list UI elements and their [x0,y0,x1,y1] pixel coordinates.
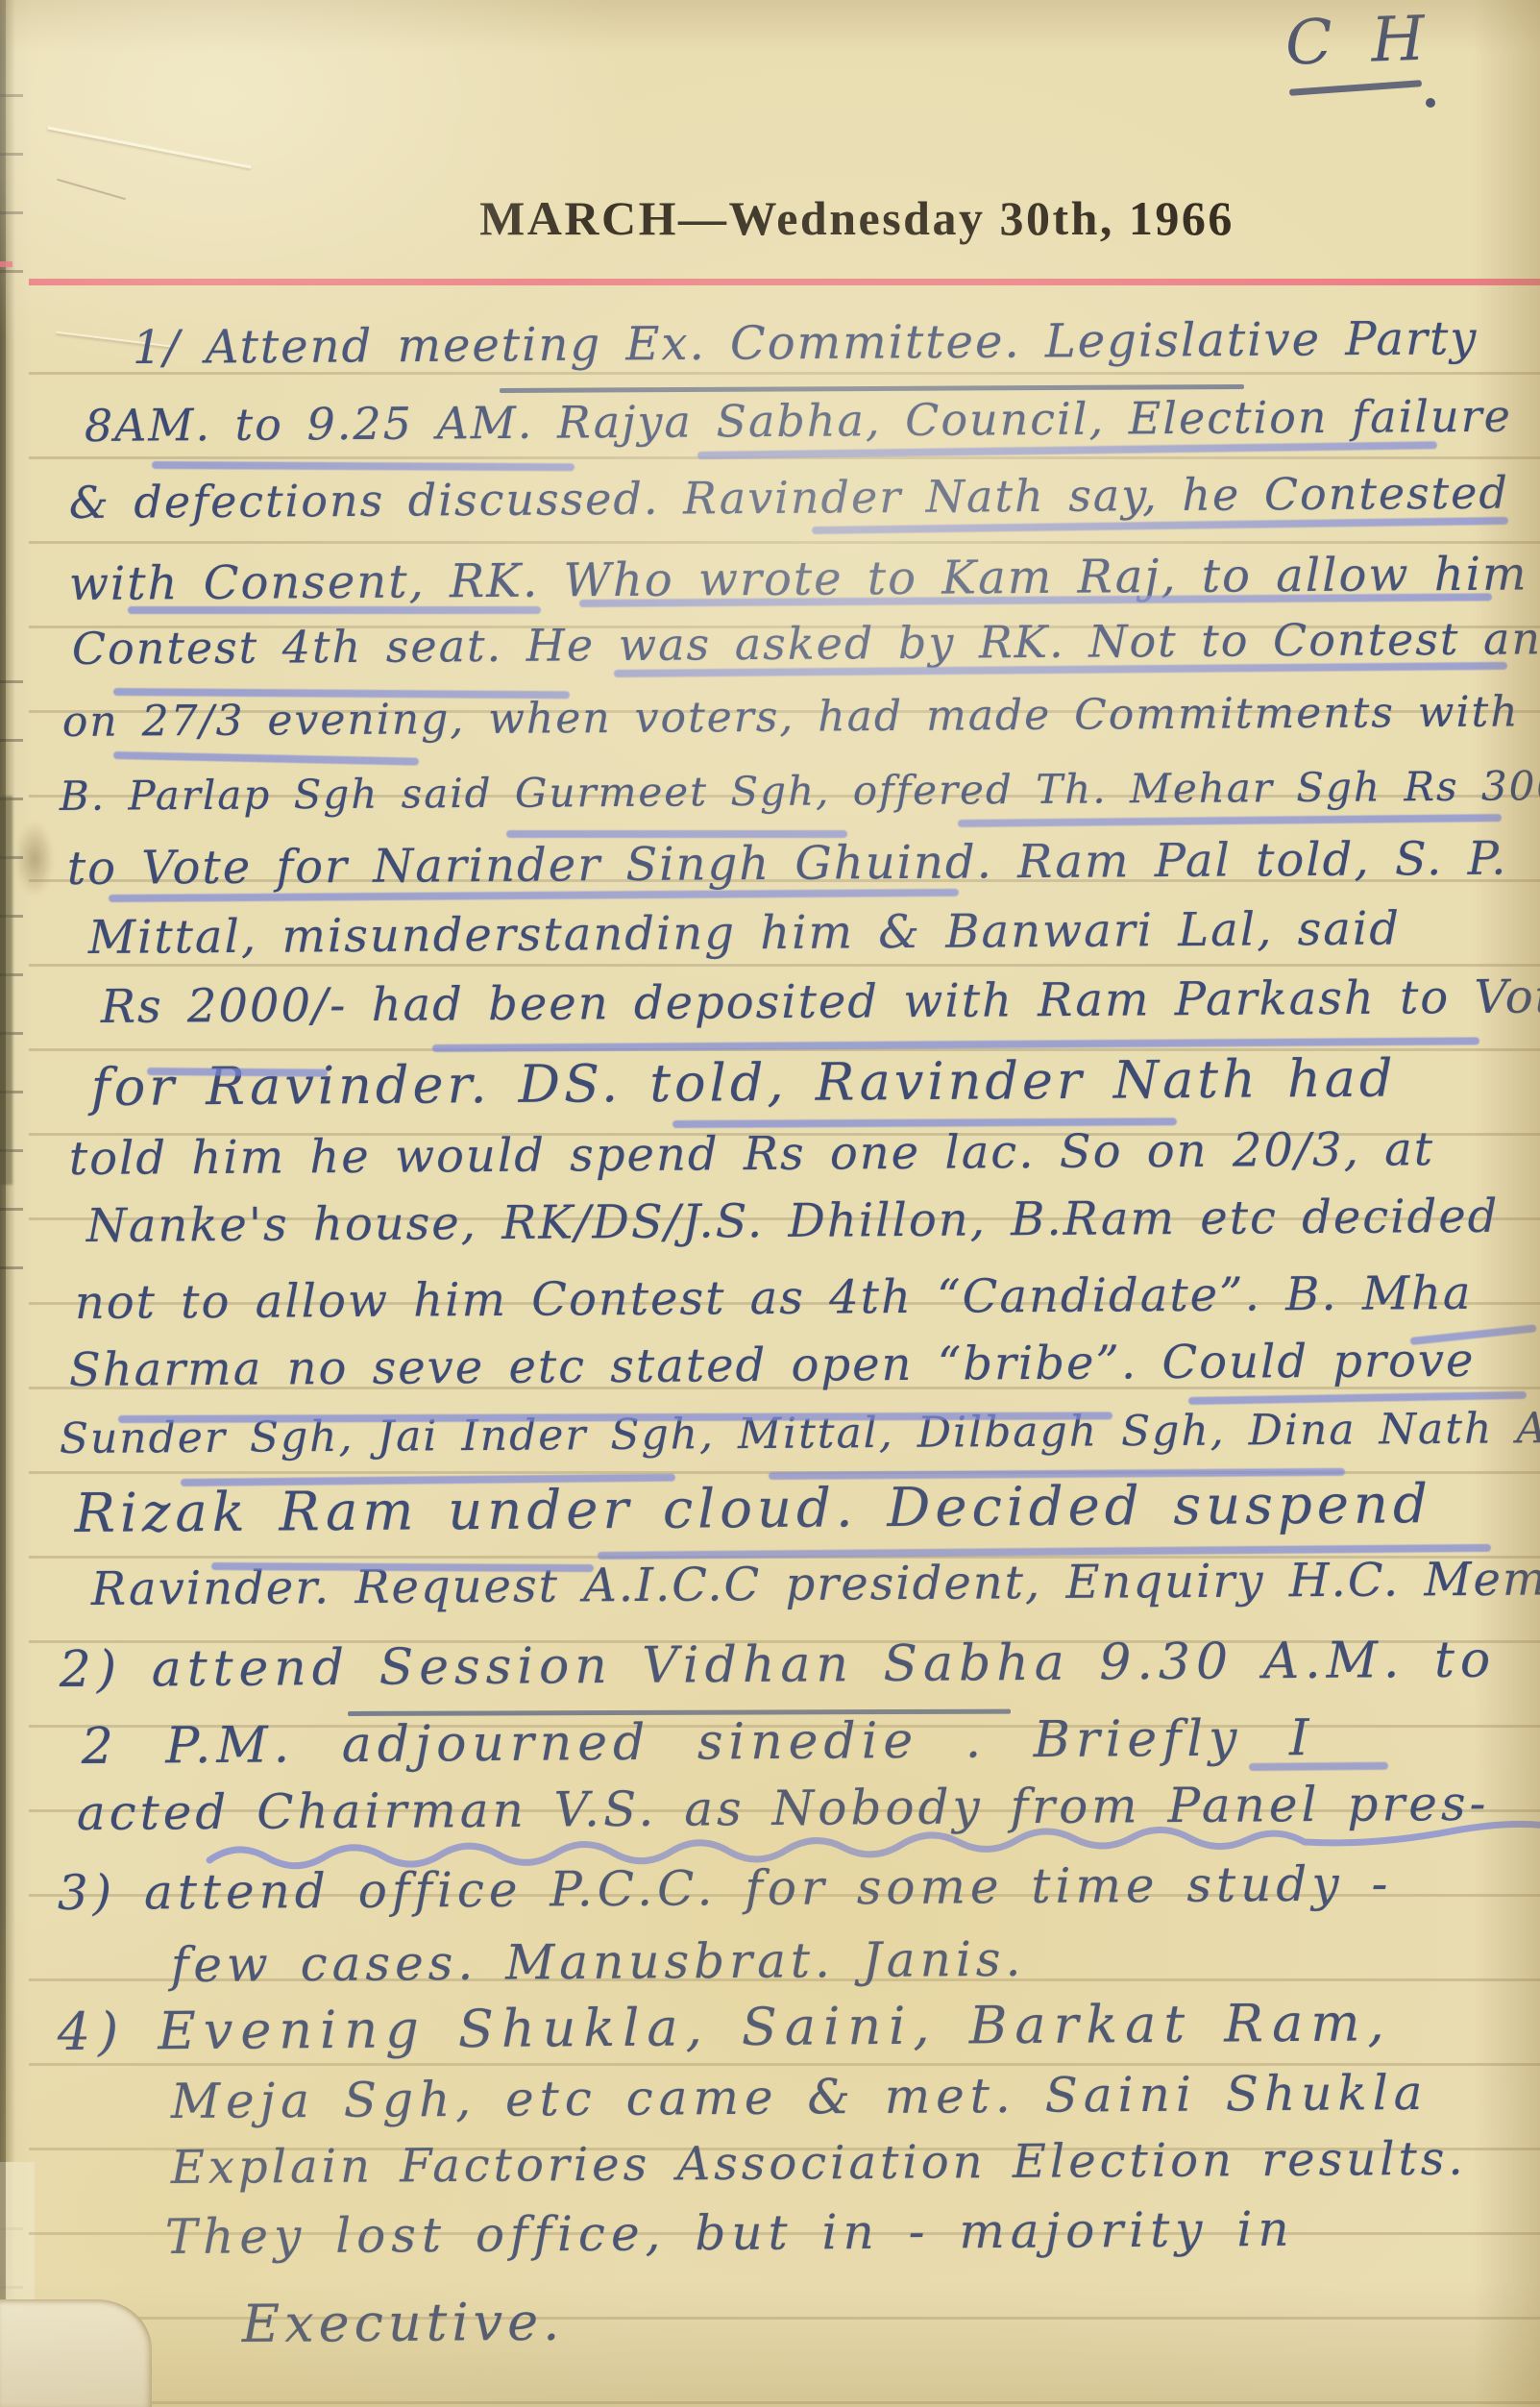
handwritten-line: They lost office, but in - majority in [165,2205,1295,2261]
handwritten-line: for Ravinder. DS. told, Ravinder Nath ha… [91,1053,1397,1114]
diary-page: MARCH—Wednesday 30th, 1966 C H 1/ Attend… [0,0,1540,2407]
paper-crease-mark [57,179,126,200]
marker-underline [147,1068,328,1077]
handwritten-line: Sharma no seve etc stated open “bribe”. … [69,1338,1476,1393]
corner-mark-underline [1289,80,1422,96]
handwritten-line: on 27/3 evening, when voters, had made C… [62,691,1540,744]
marker-underline [1188,1391,1527,1405]
corner-mark: C H [1284,3,1436,79]
marker-underline [506,830,847,838]
handwritten-line: told him he would spend Rs one lac. So o… [69,1126,1435,1182]
handwritten-line: 8AM. to 9.25 AM. Rajya Sabha, Council, E… [85,394,1512,448]
handwritten-line: Executive. [242,2296,565,2350]
marker-underline [958,814,1502,827]
handwritten-line: Explain Factories Association Election r… [171,2136,1467,2191]
handwritten-line: Contest 4th seat. He was asked by RK. No… [72,616,1540,671]
handwritten-line: Rizak Ram under cloud. Decided suspend [75,1478,1432,1541]
paper-stain [15,822,54,896]
marker-underline [128,606,541,614]
marker-underline [1249,1762,1388,1771]
handwritten-line: B. Parlap Sgh said Gurmeet Sgh, offered … [60,766,1540,817]
handwritten-line: 2 P.M. adjourned sinedie . Briefly I [82,1713,1315,1772]
handwritten-line: Rs 2000/- had been deposited with Ram Pa… [101,973,1540,1030]
handwritten-line: 1/ Attend meeting Ex. Committee. Legisla… [133,315,1479,371]
handwritten-line: & defections discussed. Ravinder Nath sa… [69,471,1509,525]
corner-mark-period [1426,98,1435,108]
handwritten-line: to Vote for Narinder Singh Ghuind. Ram P… [67,836,1508,892]
handwritten-line: 4) Evening Shukla, Saini, Barkat Ram, [58,1997,1392,2058]
handwritten-line: few cases. Manusbrat. Janis. [171,1935,1026,1989]
handwritten-line: 2) attend Session Vidhan Sabha 9.30 A.M.… [60,1635,1497,1695]
page-header-date: MARCH—Wednesday 30th, 1966 [479,190,1234,246]
marker-underline [152,461,574,471]
pink-rule-edge-fragment [0,261,12,267]
handwritten-line: not to allow him Contest as 4th “Candida… [75,1270,1473,1326]
cover-edge [0,0,6,2407]
handwritten-line: Mittal, misunderstanding him & Banwari L… [88,905,1401,961]
paper-crease [48,127,252,169]
handwritten-line: Meja Sgh, etc came & met. Saini Shukla [171,2069,1429,2125]
pink-rule [29,279,1540,285]
handwritten-line: Nanke's house, RK/DS/J.S. Dhillon, B.Ram… [86,1193,1500,1249]
marker-underline [113,751,419,766]
torn-corner-notch [0,2299,152,2407]
